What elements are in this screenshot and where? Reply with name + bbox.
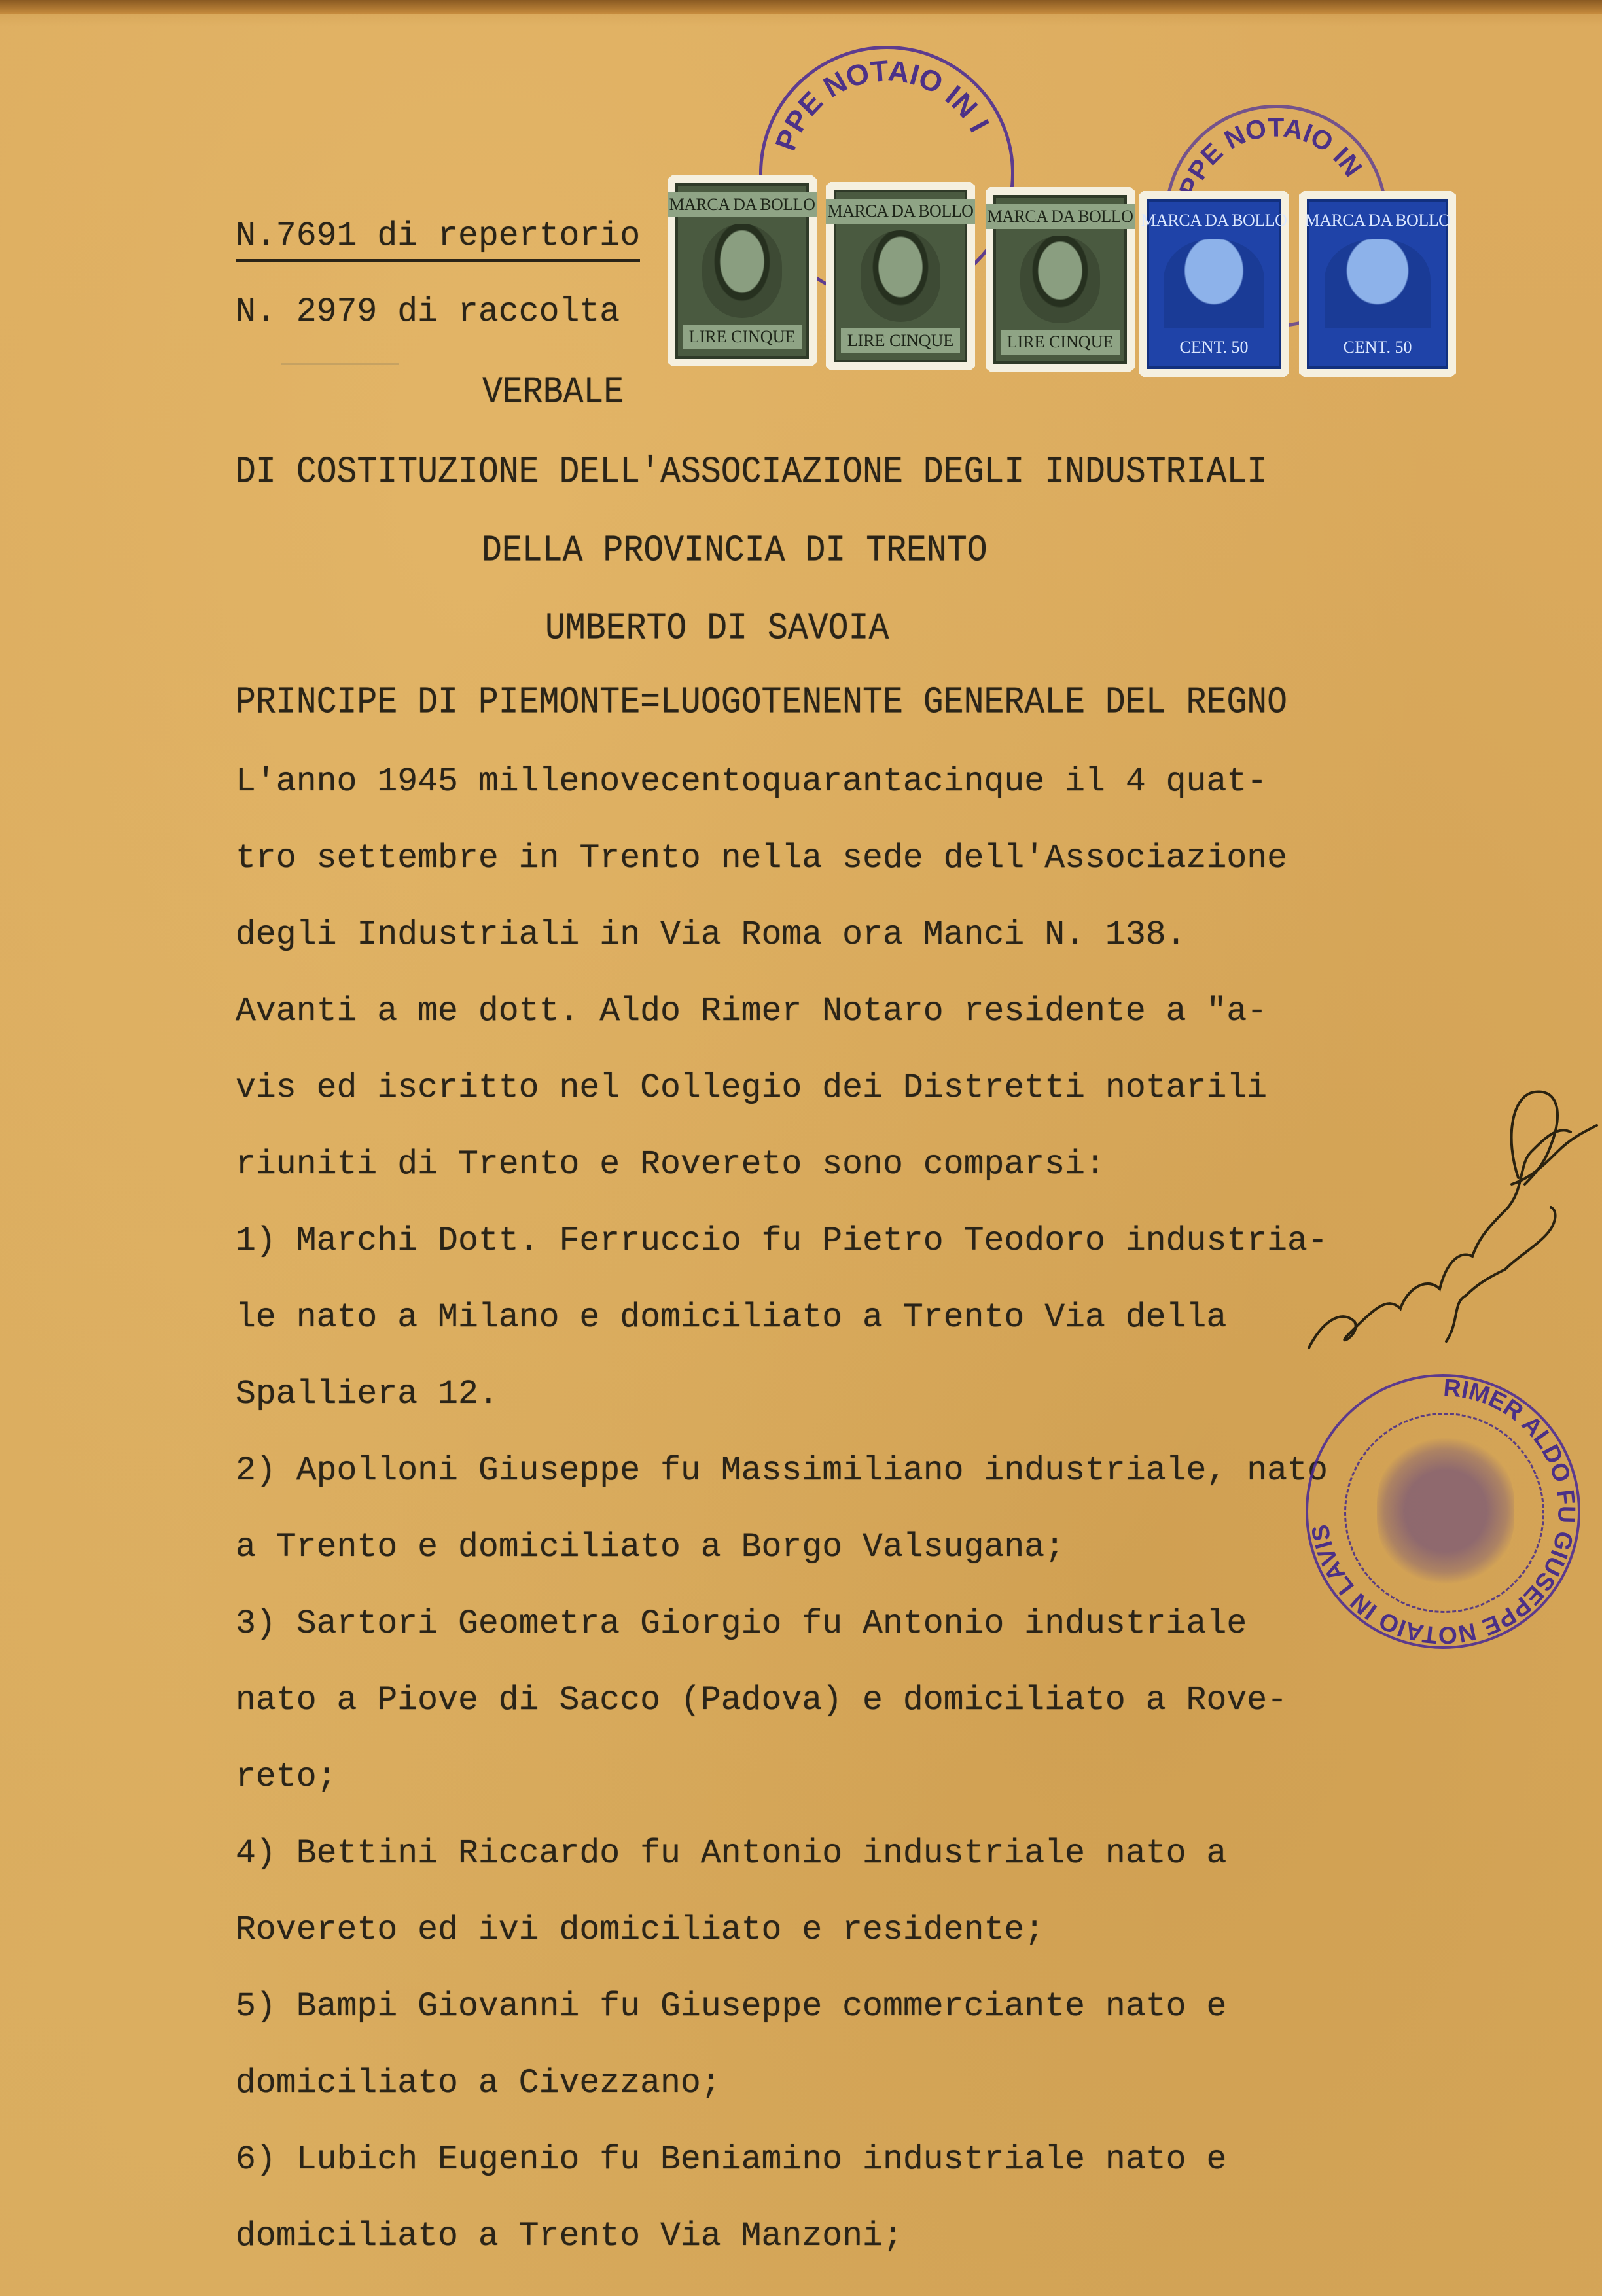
raccolta-number: N. 2979 di raccolta: [236, 296, 620, 330]
body-line: domiciliato a Civezzano;: [236, 2067, 721, 2101]
body-line: tro settembre in Trento nella sede dell'…: [236, 842, 1287, 876]
revenue-stamp: MARCA DA BOLLO LIRE CINQUE OFFICINA CART…: [667, 175, 817, 366]
king-portrait-icon: [1020, 236, 1100, 323]
revenue-stamp: MARCA DA BOLLO LIRE CINQUE OFFICINA CART…: [826, 182, 975, 370]
stamp-header: MARCA DA BOLLO: [824, 199, 978, 224]
prince-portrait-icon: [1325, 239, 1431, 328]
stamp-header: MARCA DA BOLLO: [984, 204, 1137, 229]
king-portrait-icon: [861, 230, 940, 322]
svg-text:RIMER ALDO FU GIUSEPPE NOTAIO: RIMER ALDO FU GIUSEPPE NOTAIO IN LAVIS: [1308, 1377, 1578, 1646]
body-line: nato a Piove di Sacco (Padova) e domicil…: [236, 1684, 1287, 1718]
ghost-rule: [281, 363, 399, 365]
stamp-printer: OFFICINA CARTE-VALORI ROMA: [826, 372, 975, 378]
body-line: le nato a Milano e domiciliato a Trento …: [236, 1301, 1226, 1335]
stamp-value: CENT. 50: [1173, 335, 1255, 360]
body-line: 1) Marchi Dott. Ferruccio fu Pietro Teod…: [236, 1225, 1328, 1259]
svg-text:PPE NOTAIO IN: PPE NOTAIO IN: [1173, 113, 1368, 201]
body-line: domiciliato a Trento Via Manzoni;: [236, 2220, 903, 2254]
body-line: 4) Bettini Riccardo fu Antonio industria…: [236, 1837, 1226, 1871]
paper-top-edge: [0, 0, 1602, 14]
body-line: riuniti di Trento e Rovereto sono compar…: [236, 1148, 1105, 1182]
title-costituzione: DI COSTITUZIONE DELL'ASSOCIAZIONE DEGLI …: [236, 454, 1267, 492]
seal-text: RIMER ALDO FU GIUSEPPE NOTAIO IN LAVIS: [1308, 1377, 1578, 1646]
body-line: L'anno 1945 millenovecentoquarantacinque…: [236, 766, 1267, 800]
body-line: 5) Bampi Giovanni fu Giuseppe commercian…: [236, 1990, 1226, 2024]
stamp-value: LIRE CINQUE: [1001, 330, 1120, 355]
stamp-value: LIRE CINQUE: [841, 328, 960, 353]
stamp-header: MARCA DA BOLLO: [1137, 208, 1291, 233]
revenue-stamp: MARCA DA BOLLO LIRE CINQUE OFFICINA CART…: [986, 187, 1135, 372]
title-verbale: VERBALE: [482, 374, 624, 412]
revenue-stamp: MARCA DA BOLLO CENT. 50 OFFICINA CARTE-V…: [1299, 191, 1456, 377]
prince-portrait-icon: [1164, 239, 1264, 328]
stamp-printer: OFFICINA CARTE-VALORI ROMA: [986, 374, 1135, 380]
body-line: a Trento e domiciliato a Borgo Valsugana…: [236, 1531, 1065, 1565]
stamp-printer: OFFICINA CARTE-VALORI ROMA: [1139, 379, 1289, 385]
body-line: Avanti a me dott. Aldo Rimer Notaro resi…: [236, 995, 1267, 1029]
stamp-printer: OFFICINA CARTE-VALORI ROMA: [1299, 379, 1456, 385]
body-line: reto;: [236, 1761, 337, 1795]
stamp-header: MARCA DA BOLLO: [666, 192, 819, 217]
stamp-value: LIRE CINQUE: [683, 325, 802, 349]
title-umberto: UMBERTO DI SAVOIA: [545, 610, 889, 648]
title-provincia: DELLA PROVINCIA DI TRENTO: [482, 533, 988, 571]
stamp-printer: OFFICINA CARTE-VALORI ROMA: [667, 368, 817, 374]
notary-seal: RIMER ALDO FU GIUSEPPE NOTAIO IN LAVIS: [1306, 1374, 1580, 1649]
body-line: 3) Sartori Geometra Giorgio fu Antonio i…: [236, 1608, 1247, 1642]
body-line: Rovereto ed ivi domiciliato e residente;: [236, 1914, 1044, 1948]
stamp-value: CENT. 50: [1337, 335, 1419, 360]
stamp-header: MARCA DA BOLLO: [1301, 208, 1455, 233]
body-line: Spalliera 12.: [236, 1378, 499, 1412]
body-line: vis ed iscritto nel Collegio dei Distret…: [236, 1072, 1267, 1106]
body-line: 6) Lubich Eugenio fu Beniamino industria…: [236, 2144, 1226, 2178]
notary-signature: Aldo Rimer Notaro: [1283, 1060, 1602, 1387]
body-line: 2) Apolloni Giuseppe fu Massimiliano ind…: [236, 1455, 1328, 1489]
revenue-stamp: MARCA DA BOLLO CENT. 50 OFFICINA CARTE-V…: [1139, 191, 1289, 377]
body-line: PRINCIPE DI PIEMONTE=LUOGOTENENTE GENERA…: [236, 684, 1287, 722]
body-line: degli Industriali in Via Roma ora Manci …: [236, 919, 1186, 953]
king-portrait-icon: [702, 224, 782, 318]
svg-text:PPE NOTAIO IN I: PPE NOTAIO IN I: [769, 54, 995, 155]
repertorio-number: N.7691 di repertorio: [236, 220, 640, 262]
